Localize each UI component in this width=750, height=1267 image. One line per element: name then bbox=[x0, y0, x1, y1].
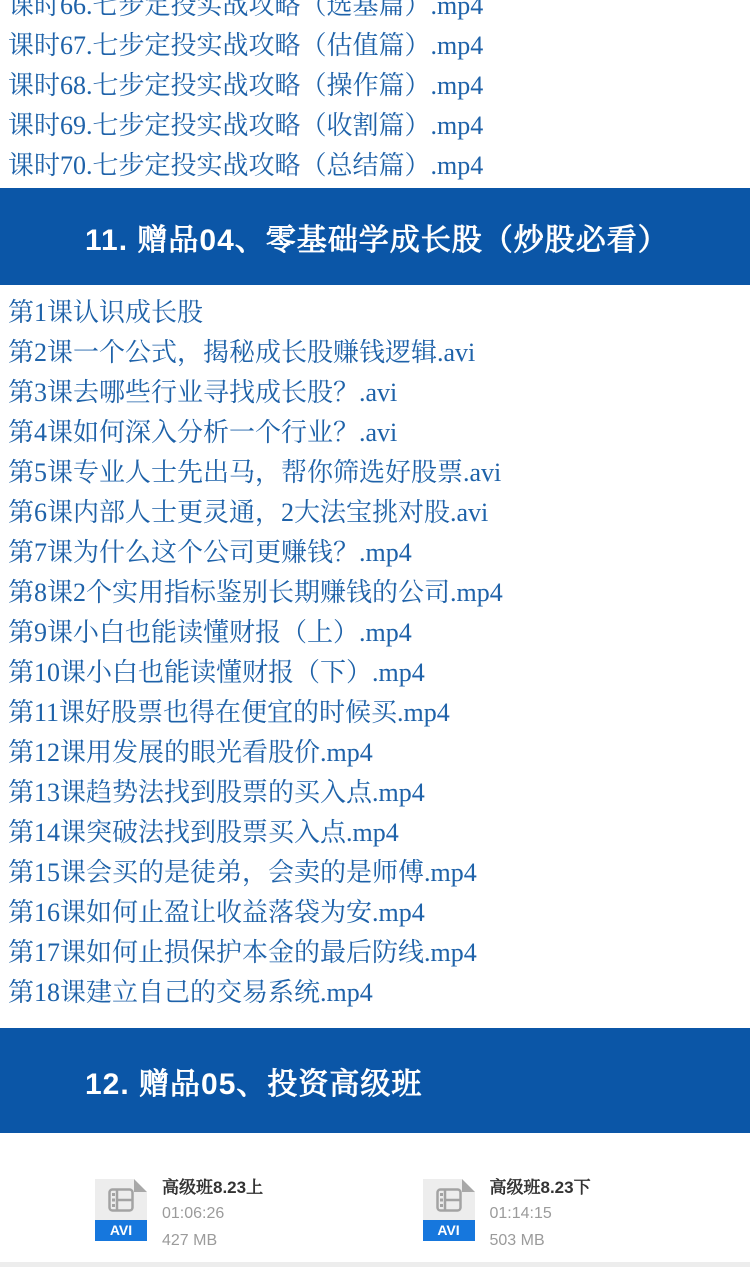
file-list: AVI 高级班8.23上 01:06:26 427 MB AVI bbox=[0, 1133, 750, 1254]
section-banner-11-label: 11. 赠品04、零基础学成长股（炒股必看） bbox=[85, 215, 669, 259]
avi-file-icon: AVI bbox=[423, 1179, 475, 1241]
lesson-line: 课时67.七步定投实战攻略（估值篇）.mp4 bbox=[0, 26, 750, 66]
lesson-line: 课时66.七步定投实战攻略（选基篇）.mp4 bbox=[0, 0, 750, 26]
file-text: 高级班8.23上 01:06:26 427 MB bbox=[162, 1176, 263, 1254]
lesson-line: 课时69.七步定投实战攻略（收割篇）.mp4 bbox=[0, 106, 750, 146]
file-text: 高级班8.23下 01:14:15 503 MB bbox=[490, 1176, 591, 1254]
folded-corner bbox=[134, 1179, 147, 1192]
lesson-line: 第4课如何深入分析一个行业？.avi bbox=[0, 413, 750, 453]
file-duration: 01:06:26 bbox=[162, 1200, 263, 1227]
file-size: 503 MB bbox=[490, 1227, 591, 1254]
film-strip-icon bbox=[108, 1188, 134, 1217]
avi-badge: AVI bbox=[423, 1220, 475, 1241]
lesson-line: 第7课为什么这个公司更赚钱？.mp4 bbox=[0, 533, 750, 573]
lesson-line: 课时70.七步定投实战攻略（总结篇）.mp4 bbox=[0, 146, 750, 186]
lesson-line: 课时68.七步定投实战攻略（操作篇）.mp4 bbox=[0, 66, 750, 106]
growth-stock-lesson-list: 第1课认识成长股 第2课一个公式，揭秘成长股赚钱逻辑.avi 第3课去哪些行业寻… bbox=[0, 285, 750, 1013]
file-duration: 01:14:15 bbox=[490, 1200, 591, 1227]
lesson-line: 第1课认识成长股 bbox=[0, 293, 750, 333]
lesson-line: 第18课建立自己的交易系统.mp4 bbox=[0, 973, 750, 1013]
lesson-line: 第16课如何止盈让收益落袋为安.mp4 bbox=[0, 893, 750, 933]
lesson-line: 第9课小白也能读懂财报（上）.mp4 bbox=[0, 613, 750, 653]
folded-corner bbox=[462, 1179, 475, 1192]
top-lesson-list: 课时66.七步定投实战攻略（选基篇）.mp4 课时67.七步定投实战攻略（估值篇… bbox=[0, 0, 750, 186]
film-strip-icon bbox=[436, 1188, 462, 1217]
file-size: 427 MB bbox=[162, 1227, 263, 1254]
avi-badge: AVI bbox=[95, 1220, 147, 1241]
section-banner-12-label: 12. 赠品05、投资高级班 bbox=[85, 1059, 422, 1103]
avi-file-icon: AVI bbox=[95, 1179, 147, 1241]
section-banner-11: 11. 赠品04、零基础学成长股（炒股必看） bbox=[0, 188, 750, 285]
lesson-line: 第14课突破法找到股票买入点.mp4 bbox=[0, 813, 750, 853]
lesson-line: 第15课会买的是徒弟，会卖的是师傅.mp4 bbox=[0, 853, 750, 893]
section-banner-12: 12. 赠品05、投资高级班 bbox=[0, 1028, 750, 1133]
lesson-line: 第8课2个实用指标鉴别长期赚钱的公司.mp4 bbox=[0, 573, 750, 613]
lesson-line: 第17课如何止损保护本金的最后防线.mp4 bbox=[0, 933, 750, 973]
file-item-advanced-class-part1[interactable]: AVI 高级班8.23上 01:06:26 427 MB bbox=[95, 1179, 423, 1254]
lesson-line: 第3课去哪些行业寻找成长股？.avi bbox=[0, 373, 750, 413]
file-item-advanced-class-part2[interactable]: AVI 高级班8.23下 01:14:15 503 MB bbox=[423, 1179, 750, 1254]
lesson-line: 第10课小白也能读懂财报（下）.mp4 bbox=[0, 653, 750, 693]
file-name: 高级班8.23下 bbox=[490, 1176, 591, 1200]
lesson-line: 第13课趋势法找到股票的买入点.mp4 bbox=[0, 773, 750, 813]
lesson-line: 第12课用发展的眼光看股价.mp4 bbox=[0, 733, 750, 773]
lesson-line: 第5课专业人士先出马，帮你筛选好股票.avi bbox=[0, 453, 750, 493]
file-name: 高级班8.23上 bbox=[162, 1176, 263, 1200]
lesson-line: 第6课内部人士更灵通，2大法宝挑对股.avi bbox=[0, 493, 750, 533]
lesson-line: 第11课好股票也得在便宜的时候买.mp4 bbox=[0, 693, 750, 733]
lesson-line: 第2课一个公式，揭秘成长股赚钱逻辑.avi bbox=[0, 333, 750, 373]
page-bottom-edge bbox=[0, 1262, 750, 1267]
